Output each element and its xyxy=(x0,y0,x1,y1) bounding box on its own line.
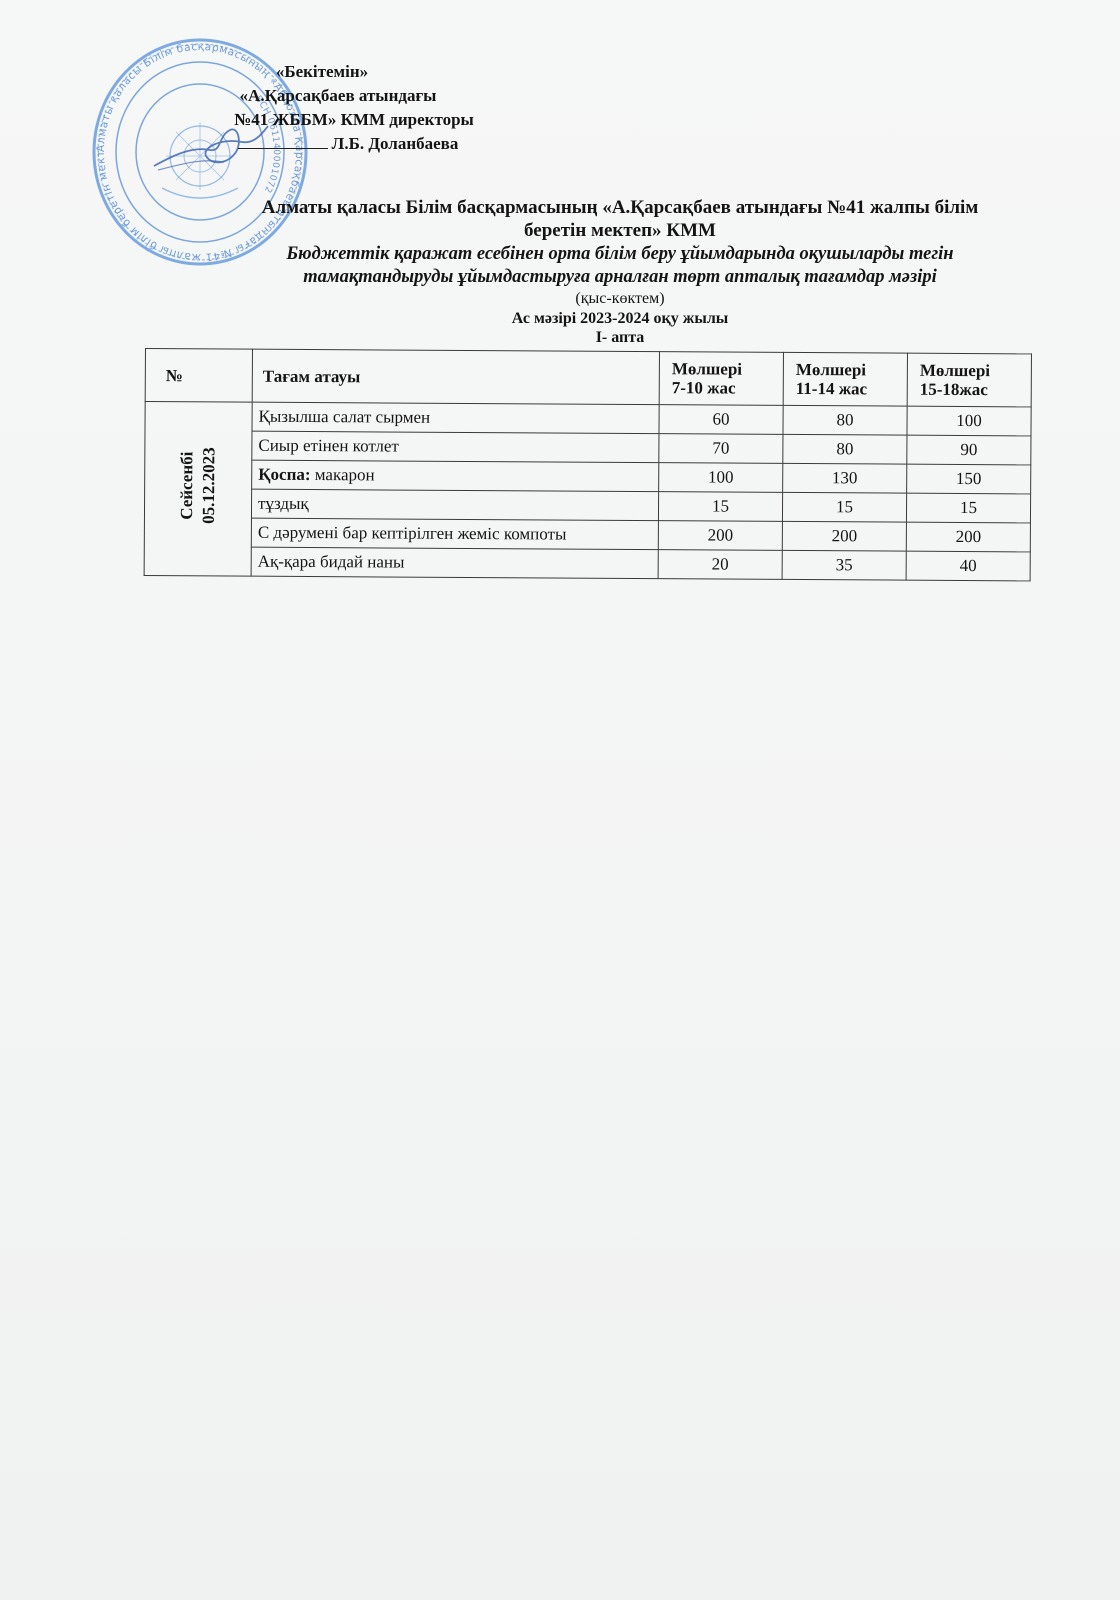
qty-7-10: 200 xyxy=(658,521,782,551)
approval-block: «Бекітемін» «А.Қарсақбаев атындағы №41 Ж… xyxy=(150,60,490,156)
column-header-label: Мөлшері xyxy=(672,359,777,379)
dish-text: тұздық xyxy=(258,494,309,513)
signature-line xyxy=(238,148,328,149)
column-header-age: 11-14 жас xyxy=(796,379,901,399)
qty-15-18: 90 xyxy=(907,435,1031,465)
week-label: I- апта xyxy=(170,329,1070,347)
organization-line-1: Алматы қаласы Білім басқармасының «А.Қар… xyxy=(170,196,1070,219)
approval-heading: «Бекітемін» xyxy=(150,60,490,84)
column-header-age: 15-18жас xyxy=(920,380,1025,400)
qty-7-10: 100 xyxy=(659,463,783,493)
subtitle-line-1: Бюджеттік қаражат есебінен орта білім бе… xyxy=(170,243,1070,266)
dish-text: Сиыр етінен котлет xyxy=(258,436,399,456)
column-header-age-15-18: Мөлшері 15-18жас xyxy=(907,353,1031,407)
subtitle-line-2: тамақтандыруды ұйымдастыруға арналған тө… xyxy=(170,266,1070,289)
column-header-age-11-14: Мөлшері 11-14 жас xyxy=(783,352,907,406)
dish-name: Сиыр етінен котлет xyxy=(252,431,659,462)
column-header-label: Мөлшері xyxy=(796,360,901,380)
day-name: Сейсенбі xyxy=(176,447,198,524)
dish-text: С дәрумені бар кептірілген жеміс компоты xyxy=(258,523,567,544)
season-label: (қыс-көктем) xyxy=(170,289,1070,309)
column-header-age-7-10: Мөлшері 7-10 жас xyxy=(659,352,783,406)
column-header-number: № xyxy=(145,349,252,403)
qty-7-10: 60 xyxy=(659,405,783,435)
day-label: Сейсенбі 05.12.2023 xyxy=(176,447,220,524)
signatory-name: Л.Б. Доланбаева xyxy=(332,134,459,153)
dish-name: тұздық xyxy=(251,489,658,520)
column-header-label: Мөлшері xyxy=(920,361,1025,381)
qty-11-14: 35 xyxy=(782,550,906,580)
organization-line-2: беретін мектеп» КММ xyxy=(170,219,1070,242)
organization-title: Алматы қаласы Білім басқармасының «А.Қар… xyxy=(170,196,1070,242)
qty-15-18: 15 xyxy=(906,493,1030,523)
qty-7-10: 70 xyxy=(659,434,783,464)
column-header-dish: Тағам атауы xyxy=(252,349,659,404)
menu-subtitle: Бюджеттік қаражат есебінен орта білім бе… xyxy=(170,243,1070,289)
qty-15-18: 200 xyxy=(906,522,1030,552)
dish-name: Қоспа: макарон xyxy=(252,460,659,491)
qty-15-18: 150 xyxy=(907,464,1031,494)
academic-year-label: Ас мәзірі 2023-2024 оқу жылы xyxy=(170,309,1070,329)
qty-11-14: 80 xyxy=(783,405,907,435)
dish-text: Ақ-қара бидай наны xyxy=(258,552,405,572)
document-header: Алматы қаласы Білім басқармасының «А.Қар… xyxy=(170,196,1070,347)
dish-name: С дәрумені бар кептірілген жеміс компоты xyxy=(251,518,658,549)
day-date: 05.12.2023 xyxy=(198,448,220,525)
qty-11-14: 200 xyxy=(782,521,906,551)
approval-school-name: «А.Қарсақбаев атындағы xyxy=(150,84,490,108)
approval-signatory: Л.Б. Доланбаева xyxy=(150,132,490,156)
qty-7-10: 15 xyxy=(658,492,782,522)
dish-text: Қызылша салат сырмен xyxy=(259,407,431,427)
document-page: Алматы қаласы Білім басқармасының «Абдол… xyxy=(0,0,1120,1600)
approval-director-title: №41 ЖББМ» КММ директоры xyxy=(150,108,490,132)
dish-name: Ақ-қара бидай наны xyxy=(251,547,658,578)
dish-name: Қызылша салат сырмен xyxy=(252,402,659,433)
column-header-age: 7-10 жас xyxy=(672,378,777,398)
day-cell: Сейсенбі 05.12.2023 xyxy=(144,402,252,577)
menu-table-body: Сейсенбі 05.12.2023 Қызылша салат сырмен… xyxy=(144,402,1031,581)
table-header-row: № Тағам атауы Мөлшері 7-10 жас Мөлшері 1… xyxy=(145,349,1031,407)
menu-table: № Тағам атауы Мөлшері 7-10 жас Мөлшері 1… xyxy=(144,348,1032,581)
qty-11-14: 130 xyxy=(783,463,907,493)
qty-11-14: 15 xyxy=(782,492,906,522)
qty-15-18: 40 xyxy=(906,551,1030,581)
table-row: Ақ-қара бидай наны 20 35 40 xyxy=(144,546,1030,580)
qty-11-14: 80 xyxy=(783,434,907,464)
qty-15-18: 100 xyxy=(907,406,1031,436)
dish-prefix: Қоспа: xyxy=(258,465,310,484)
dish-text: макарон xyxy=(311,465,375,484)
qty-7-10: 20 xyxy=(658,550,782,580)
